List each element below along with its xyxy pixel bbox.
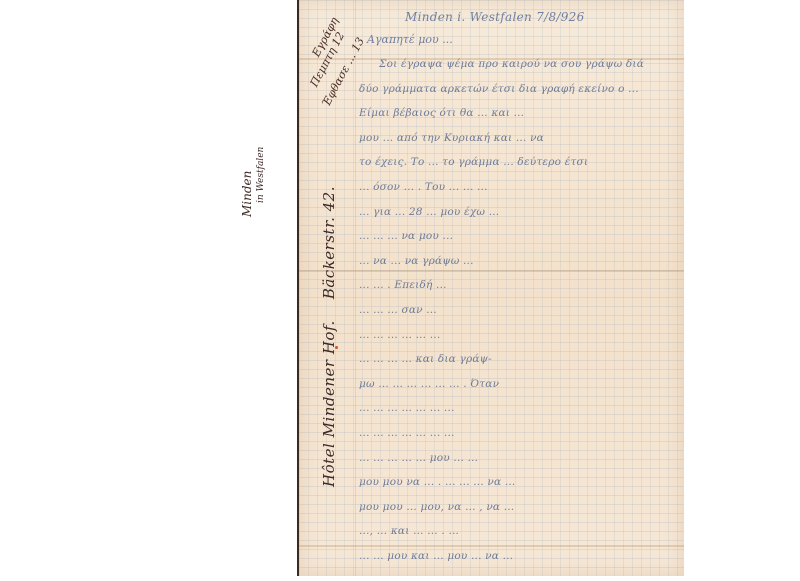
letter-line: μου μου να ... . ... ... ... να ... xyxy=(359,476,677,488)
stamp-hotel-address: Hôtel Mindener Hof. Bäckerstr. 42. xyxy=(320,107,338,487)
letter-line: ... ... ... ... ... μου ... ... xyxy=(359,452,677,464)
letter-line: ... ... ... ... και δια γράψ- xyxy=(359,353,677,365)
letter-line: ... ... ... σαν ... xyxy=(359,304,677,316)
letter-line: ... ... ... ... ... ... ... xyxy=(359,427,677,439)
letter-line: μου μου ... μου, να ... , να ... xyxy=(359,501,677,513)
letter-line: ... για ... 28 ... μου έχω ... xyxy=(359,206,677,218)
letter-line: ... ... ... ... ... ... ... xyxy=(359,402,677,414)
letter-line: μου ... από την Κυριακή και ... να xyxy=(359,132,677,144)
letter-line: ... ... ... να μου ... xyxy=(359,230,677,242)
letter-line: δύο γράμματα αρκετών έτσι δια γραφή εκεί… xyxy=(359,83,677,95)
stamp-city: Minden xyxy=(240,17,254,217)
stamp-address: Bäckerstr. 42. xyxy=(320,186,338,299)
fold-crease xyxy=(299,270,684,272)
letter-line: μω ... ... ... ... ... ... . Όταν xyxy=(359,378,677,390)
letter-line: ... όσον ... . Του ... ... ... xyxy=(359,181,677,193)
fold-crease xyxy=(299,545,684,547)
stamp-region: in Westfalen xyxy=(256,3,266,203)
letterhead-stamp: Hôtel Mindener Hof. Bäckerstr. 42. Minde… xyxy=(303,108,349,500)
letter-line: Είμαι βέβαιος ότι θα ... και ... xyxy=(359,107,677,119)
ink-spot xyxy=(335,346,338,349)
letter-line: ... ... μου και ... μου ... να ... xyxy=(359,550,677,562)
letter-line: ... ... . Επειδή ... xyxy=(359,279,677,291)
letter-line: το έχεις. Το ... το γράμμα ... δεύτερο έ… xyxy=(359,156,677,168)
letter-line: Σοι έγραψα ψέμα προ καιρού να σου γράψω … xyxy=(379,58,697,70)
salutation: Αγαπητέ μου ... xyxy=(367,33,453,46)
letter-page: Εγράφη Πεμπτη 12 Έφθασε ... 13 Hôtel Min… xyxy=(297,0,684,576)
letter-line: ... ... ... ... ... ... xyxy=(359,329,677,341)
place-date: Minden i. Westfalen 7/8/926 xyxy=(405,10,585,24)
letter-line: ... να ... να γράψω ... xyxy=(359,255,677,267)
letter-line: ..., ... και ... ... . ... xyxy=(359,525,677,537)
